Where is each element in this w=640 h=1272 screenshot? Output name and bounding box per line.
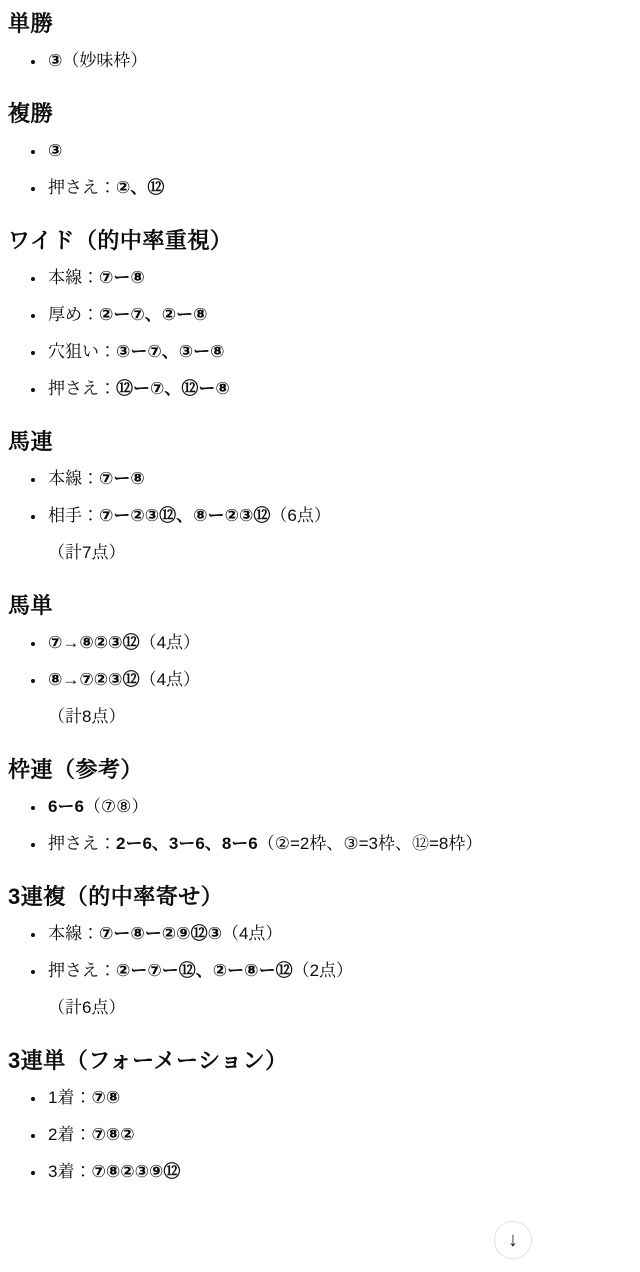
item-text: 押さえ： xyxy=(48,178,116,197)
item-text-bold: ⑦⑧②③⑨⑫ xyxy=(91,1162,180,1181)
list-item: ③（妙味枠） xyxy=(46,47,624,75)
section-title-sanrenpuku: 3連複（的中率寄せ） xyxy=(8,883,624,911)
item-text-bold: ②、⑫ xyxy=(116,178,164,197)
list-item: 本線：⑦ー⑧ xyxy=(46,465,624,493)
item-text-bold: ⑫ー⑦、⑫ー⑧ xyxy=(116,379,230,398)
item-text-bold: ③ー⑦、③ー⑧ xyxy=(116,342,225,361)
list-item: 6ー6（⑦⑧） xyxy=(46,793,624,821)
list-item: ⑧→⑦②③⑫（4点）（計8点） xyxy=(46,666,624,731)
section-list-fukusho: ③ 押さえ：②、⑫ xyxy=(8,137,624,202)
item-text: 3着： xyxy=(48,1162,91,1181)
item-text: 厚め： xyxy=(48,305,99,324)
item-text: 1着： xyxy=(48,1088,91,1107)
item-text-bold: 2ー6、3ー6、8ー6 xyxy=(116,834,258,853)
item-continuation: （計8点） xyxy=(48,703,624,731)
item-text-bold: ③ xyxy=(48,51,62,70)
item-continuation: （計6点） xyxy=(48,994,624,1022)
list-item: 相手：⑦ー②③⑫、⑧ー②③⑫（6点）（計7点） xyxy=(46,502,624,567)
section-list-tansho: ③（妙味枠） xyxy=(8,47,624,75)
item-text-bold: ⑦ー②③⑫、⑧ー②③⑫ xyxy=(99,506,270,525)
item-text: 穴狙い： xyxy=(48,342,116,361)
section-title-tansho: 単勝 xyxy=(8,10,624,38)
section-list-wakuren: 6ー6（⑦⑧） 押さえ：2ー6、3ー6、8ー6（②=2枠、③=3枠、⑫=8枠） xyxy=(8,793,624,858)
item-text: 押さえ： xyxy=(48,379,116,398)
item-text-bold: ②ー⑦、②ー⑧ xyxy=(99,305,208,324)
item-text: （4点） xyxy=(140,670,200,689)
list-item: 1着：⑦⑧ xyxy=(46,1084,624,1112)
section-list-umaren: 本線：⑦ー⑧ 相手：⑦ー②③⑫、⑧ー②③⑫（6点）（計7点） xyxy=(8,465,624,567)
item-text: （妙味枠） xyxy=(62,51,147,70)
item-text-bold: ②ー⑦ー⑫、②ー⑧ー⑫ xyxy=(116,961,293,980)
item-text: （4点） xyxy=(140,633,200,652)
item-text: （6点） xyxy=(270,506,330,525)
section-title-wide: ワイド（的中率重視） xyxy=(8,227,624,255)
item-text-bold: ⑦ー⑧ xyxy=(99,268,145,287)
list-item: 本線：⑦ー⑧ xyxy=(46,264,624,292)
section-title-wakuren: 枠連（参考） xyxy=(8,756,624,784)
item-text-bold: 6ー6 xyxy=(48,797,84,816)
item-text-bold: ⑦⑧ xyxy=(91,1088,120,1107)
item-text-bold: ⑧→⑦②③⑫ xyxy=(48,670,140,689)
item-text: 本線： xyxy=(48,469,99,488)
item-text: （4点） xyxy=(222,924,282,943)
item-text: （②=2枠、③=3枠、⑫=8枠） xyxy=(258,834,483,853)
item-text-bold: ⑦ー⑧ xyxy=(99,469,145,488)
list-item: 3着：⑦⑧②③⑨⑫ xyxy=(46,1158,624,1186)
section-title-umaren: 馬連 xyxy=(8,428,624,456)
item-text-bold: ⑦⑧② xyxy=(91,1125,134,1144)
section-title-sanrentan: 3連単（フォーメーション） xyxy=(8,1047,624,1075)
list-item: ③ xyxy=(46,137,624,165)
list-item: ⑦→⑧②③⑫（4点） xyxy=(46,629,624,657)
section-list-wide: 本線：⑦ー⑧ 厚め：②ー⑦、②ー⑧ 穴狙い：③ー⑦、③ー⑧ 押さえ：⑫ー⑦、⑫ー… xyxy=(8,264,624,403)
item-text: 本線： xyxy=(48,268,99,287)
list-item: 厚め：②ー⑦、②ー⑧ xyxy=(46,301,624,329)
item-text: 相手： xyxy=(48,506,99,525)
section-list-umatan: ⑦→⑧②③⑫（4点） ⑧→⑦②③⑫（4点）（計8点） xyxy=(8,629,624,731)
section-title-fukusho: 複勝 xyxy=(8,100,624,128)
list-item: 押さえ：②、⑫ xyxy=(46,174,624,202)
list-item: 押さえ：②ー⑦ー⑫、②ー⑧ー⑫（2点）（計6点） xyxy=(46,957,624,1022)
item-text: （⑦⑧） xyxy=(84,797,148,816)
bet-plan-document: 単勝 ③（妙味枠） 複勝 ③ 押さえ：②、⑫ ワイド（的中率重視） 本線：⑦ー⑧… xyxy=(0,0,640,1272)
item-text-bold: ⑦ー⑧ー②⑨⑫③ xyxy=(99,924,222,943)
item-text: 押さえ： xyxy=(48,961,116,980)
section-list-sanrenpuku: 本線：⑦ー⑧ー②⑨⑫③（4点） 押さえ：②ー⑦ー⑫、②ー⑧ー⑫（2点）（計6点） xyxy=(8,920,624,1022)
list-item: 2着：⑦⑧② xyxy=(46,1121,624,1149)
section-list-sanrentan: 1着：⑦⑧ 2着：⑦⑧② 3着：⑦⑧②③⑨⑫ xyxy=(8,1084,624,1186)
list-item: 押さえ：⑫ー⑦、⑫ー⑧ xyxy=(46,375,624,403)
item-text: 2着： xyxy=(48,1125,91,1144)
section-title-umatan: 馬単 xyxy=(8,592,624,620)
item-text: 押さえ： xyxy=(48,834,116,853)
list-item: 押さえ：2ー6、3ー6、8ー6（②=2枠、③=3枠、⑫=8枠） xyxy=(46,830,624,858)
down-arrow-icon: ↓ xyxy=(508,1230,518,1250)
scroll-to-bottom-button[interactable]: ↓ xyxy=(494,1221,532,1259)
item-text-bold: ③ xyxy=(48,141,62,160)
list-item: 穴狙い：③ー⑦、③ー⑧ xyxy=(46,338,624,366)
item-text-bold: ⑦→⑧②③⑫ xyxy=(48,633,140,652)
item-text: （2点） xyxy=(293,961,353,980)
item-continuation: （計7点） xyxy=(48,539,624,567)
list-item: 本線：⑦ー⑧ー②⑨⑫③（4点） xyxy=(46,920,624,948)
item-text: 本線： xyxy=(48,924,99,943)
